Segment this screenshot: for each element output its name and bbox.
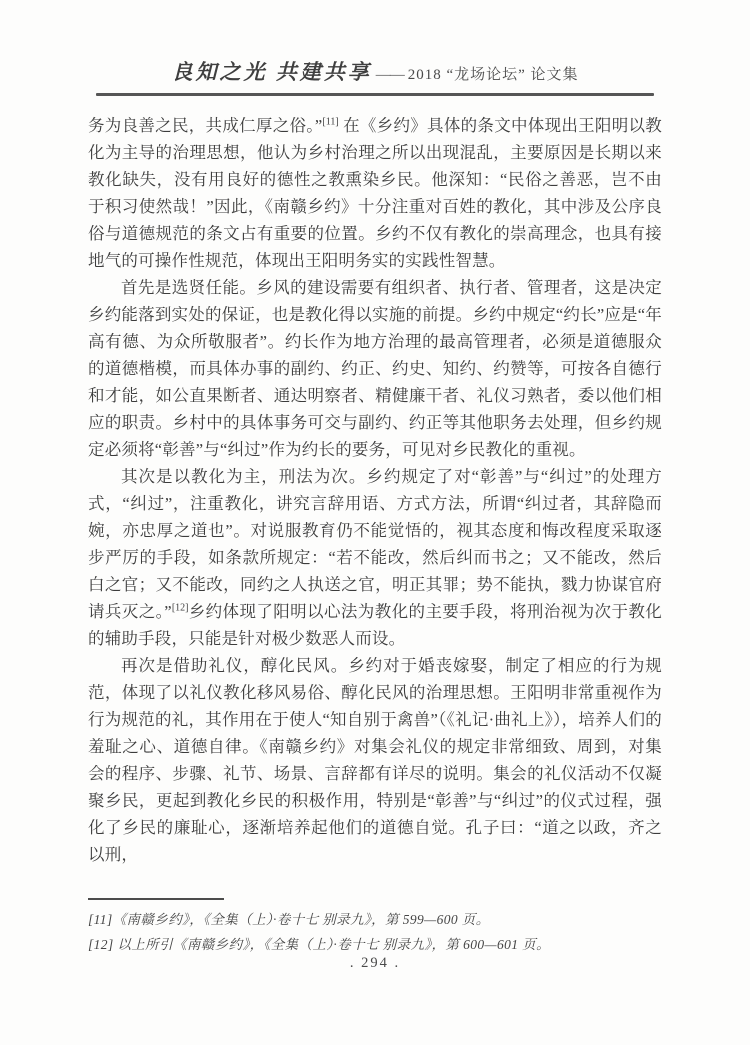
- header-rule: [96, 93, 654, 96]
- page-header: 良知之光 共建共享 —— 2018 “龙场论坛” 论文集: [0, 56, 750, 96]
- header-title-line: 良知之光 共建共享 —— 2018 “龙场论坛” 论文集: [0, 56, 750, 86]
- paragraph: 其次是以教化为主，刑法为次。乡约规定了对“彰善”与“纠过”的处理方式，“纠过”，…: [88, 463, 662, 652]
- footnotes-section: [11]《南赣乡约》，《全集（上）·卷十七 别录九》，第 599—600 页。 …: [88, 898, 662, 957]
- header-dash: ——: [376, 67, 404, 83]
- document-page: 良知之光 共建共享 —— 2018 “龙场论坛” 论文集 务为良善之民，共成仁厚…: [0, 0, 750, 1045]
- paragraph: 务为良善之民，共成仁厚之俗。”[11] 在《乡约》具体的条文中体现出王阳明以教化…: [88, 112, 662, 274]
- header-calligraphy-title: 良知之光 共建共享: [171, 60, 371, 84]
- footnote-12: [12] 以上所引《南赣乡约》，《全集（上）·卷十七 别录九》，第 600—60…: [88, 932, 662, 957]
- body-paragraphs: 务为良善之民，共成仁厚之俗。”[11] 在《乡约》具体的条文中体现出王阳明以教化…: [88, 112, 662, 868]
- header-subtitle: 2018 “龙场论坛” 论文集: [408, 67, 579, 83]
- paragraph: 再次是借助礼仪，醇化民风。乡约对于婚丧嫁娶，制定了相应的行为规范，体现了以礼仪教…: [88, 652, 662, 868]
- page-number: . 294 .: [0, 955, 750, 972]
- footnote-ref: [11]: [322, 117, 338, 128]
- footnote-11: [11]《南赣乡约》，《全集（上）·卷十七 别录九》，第 599—600 页。: [88, 907, 662, 932]
- footnote-ref: [12]: [172, 603, 189, 614]
- footnote-separator-rule: [88, 898, 224, 900]
- paragraph: 首先是选贤任能。乡风的建设需要有组织者、执行者、管理者，这是决定乡约能落到实处的…: [88, 274, 662, 463]
